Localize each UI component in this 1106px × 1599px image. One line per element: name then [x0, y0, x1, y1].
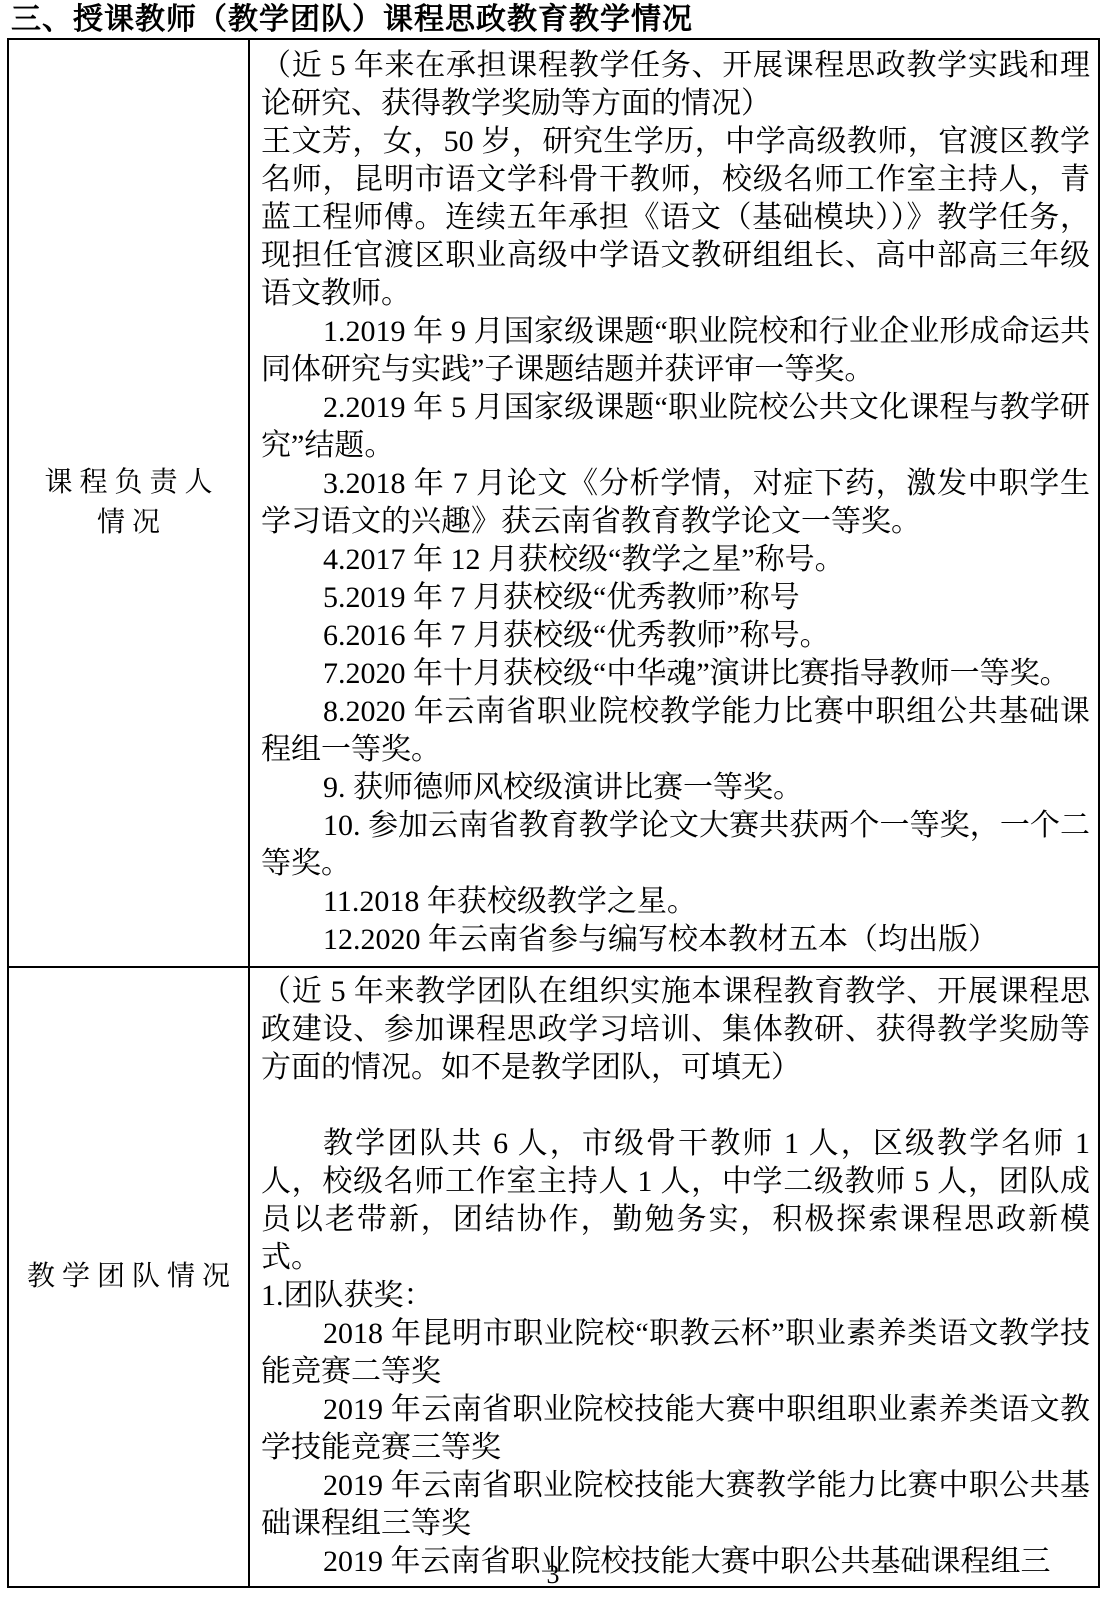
- row-label-line: 课程负责人: [11, 463, 246, 503]
- row-label-line: 教学团队情况: [11, 1257, 246, 1297]
- paragraph: 8.2020 年云南省职业院校教学能力比赛中职组公共基础课程组一等奖。: [261, 693, 1090, 769]
- paragraph: 3.2018 年 7 月论文《分析学情，对症下药，激发中职学生学习语文的兴趣》获…: [261, 465, 1090, 541]
- paragraph: 1.团队获奖：: [261, 1277, 1090, 1315]
- paragraph: （近 5 年来在承担课程教学任务、开展课程思政教学实践和理论研究、获得教学奖励等…: [261, 47, 1090, 123]
- row-label-cell: 课程负责人情况: [8, 39, 249, 967]
- row-label-line: 情况: [11, 503, 246, 543]
- info-table: 课程负责人情况（近 5 年来在承担课程教学任务、开展课程思政教学实践和理论研究、…: [7, 38, 1100, 1588]
- paragraph: 2018 年昆明市职业院校“职教云杯”职业素养类语文教学技能竞赛二等奖: [261, 1315, 1090, 1391]
- paragraph: 2.2019 年 5 月国家级课题“职业院校公共文化课程与教学研究”结题。: [261, 389, 1090, 465]
- paragraph: 4.2017 年 12 月获校级“教学之星”称号。: [261, 541, 1090, 579]
- paragraph: （近 5 年来教学团队在组织实施本课程教育教学、开展课程思政建设、参加课程思政学…: [261, 973, 1090, 1087]
- paragraph: 11.2018 年获校级教学之星。: [261, 883, 1090, 921]
- paragraph: 2019 年云南省职业院校技能大赛教学能力比赛中职公共基础课程组三等奖: [261, 1467, 1090, 1543]
- paragraph: 10. 参加云南省教育教学论文大赛共获两个一等奖，一个二等奖。: [261, 807, 1090, 883]
- paragraph: 教学团队共 6 人，市级骨干教师 1 人，区级教学名师 1 人，校级名师工作室主…: [261, 1125, 1090, 1277]
- paragraph: 7.2020 年十月获校级“中华魂”演讲比赛指导教师一等奖。: [261, 655, 1090, 693]
- paragraph: 5.2019 年 7 月获校级“优秀教师”称号: [261, 579, 1090, 617]
- table-row: 课程负责人情况（近 5 年来在承担课程教学任务、开展课程思政教学实践和理论研究、…: [8, 39, 1099, 967]
- paragraph: 2019 年云南省职业院校技能大赛中职组职业素养类语文教学技能竞赛三等奖: [261, 1391, 1090, 1467]
- blank-line: [261, 1087, 1090, 1125]
- row-label-cell: 教学团队情况: [8, 967, 249, 1587]
- paragraph: 6.2016 年 7 月获校级“优秀教师”称号。: [261, 617, 1090, 655]
- page-title: 三、授课教师（教学团队）课程思政教育教学情况: [11, 4, 1098, 36]
- paragraph: 12.2020 年云南省参与编写校本教材五本（均出版）: [261, 921, 1090, 959]
- paragraph: 1.2019 年 9 月国家级课题“职业院校和行业企业形成命运共同体研究与实践”…: [261, 313, 1090, 389]
- page-number: 3: [0, 1560, 1106, 1590]
- document-page: 三、授课教师（教学团队）课程思政教育教学情况 课程负责人情况（近 5 年来在承担…: [0, 0, 1106, 1588]
- paragraph: 9. 获师德师风校级演讲比赛一等奖。: [261, 769, 1090, 807]
- table-row: 教学团队情况（近 5 年来教学团队在组织实施本课程教育教学、开展课程思政建设、参…: [8, 967, 1099, 1587]
- row-content-cell: （近 5 年来教学团队在组织实施本课程教育教学、开展课程思政建设、参加课程思政学…: [249, 967, 1099, 1587]
- paragraph: 王文芳，女，50 岁，研究生学历，中学高级教师，官渡区教学名师，昆明市语文学科骨…: [261, 123, 1090, 313]
- row-content-cell: （近 5 年来在承担课程教学任务、开展课程思政教学实践和理论研究、获得教学奖励等…: [249, 39, 1099, 967]
